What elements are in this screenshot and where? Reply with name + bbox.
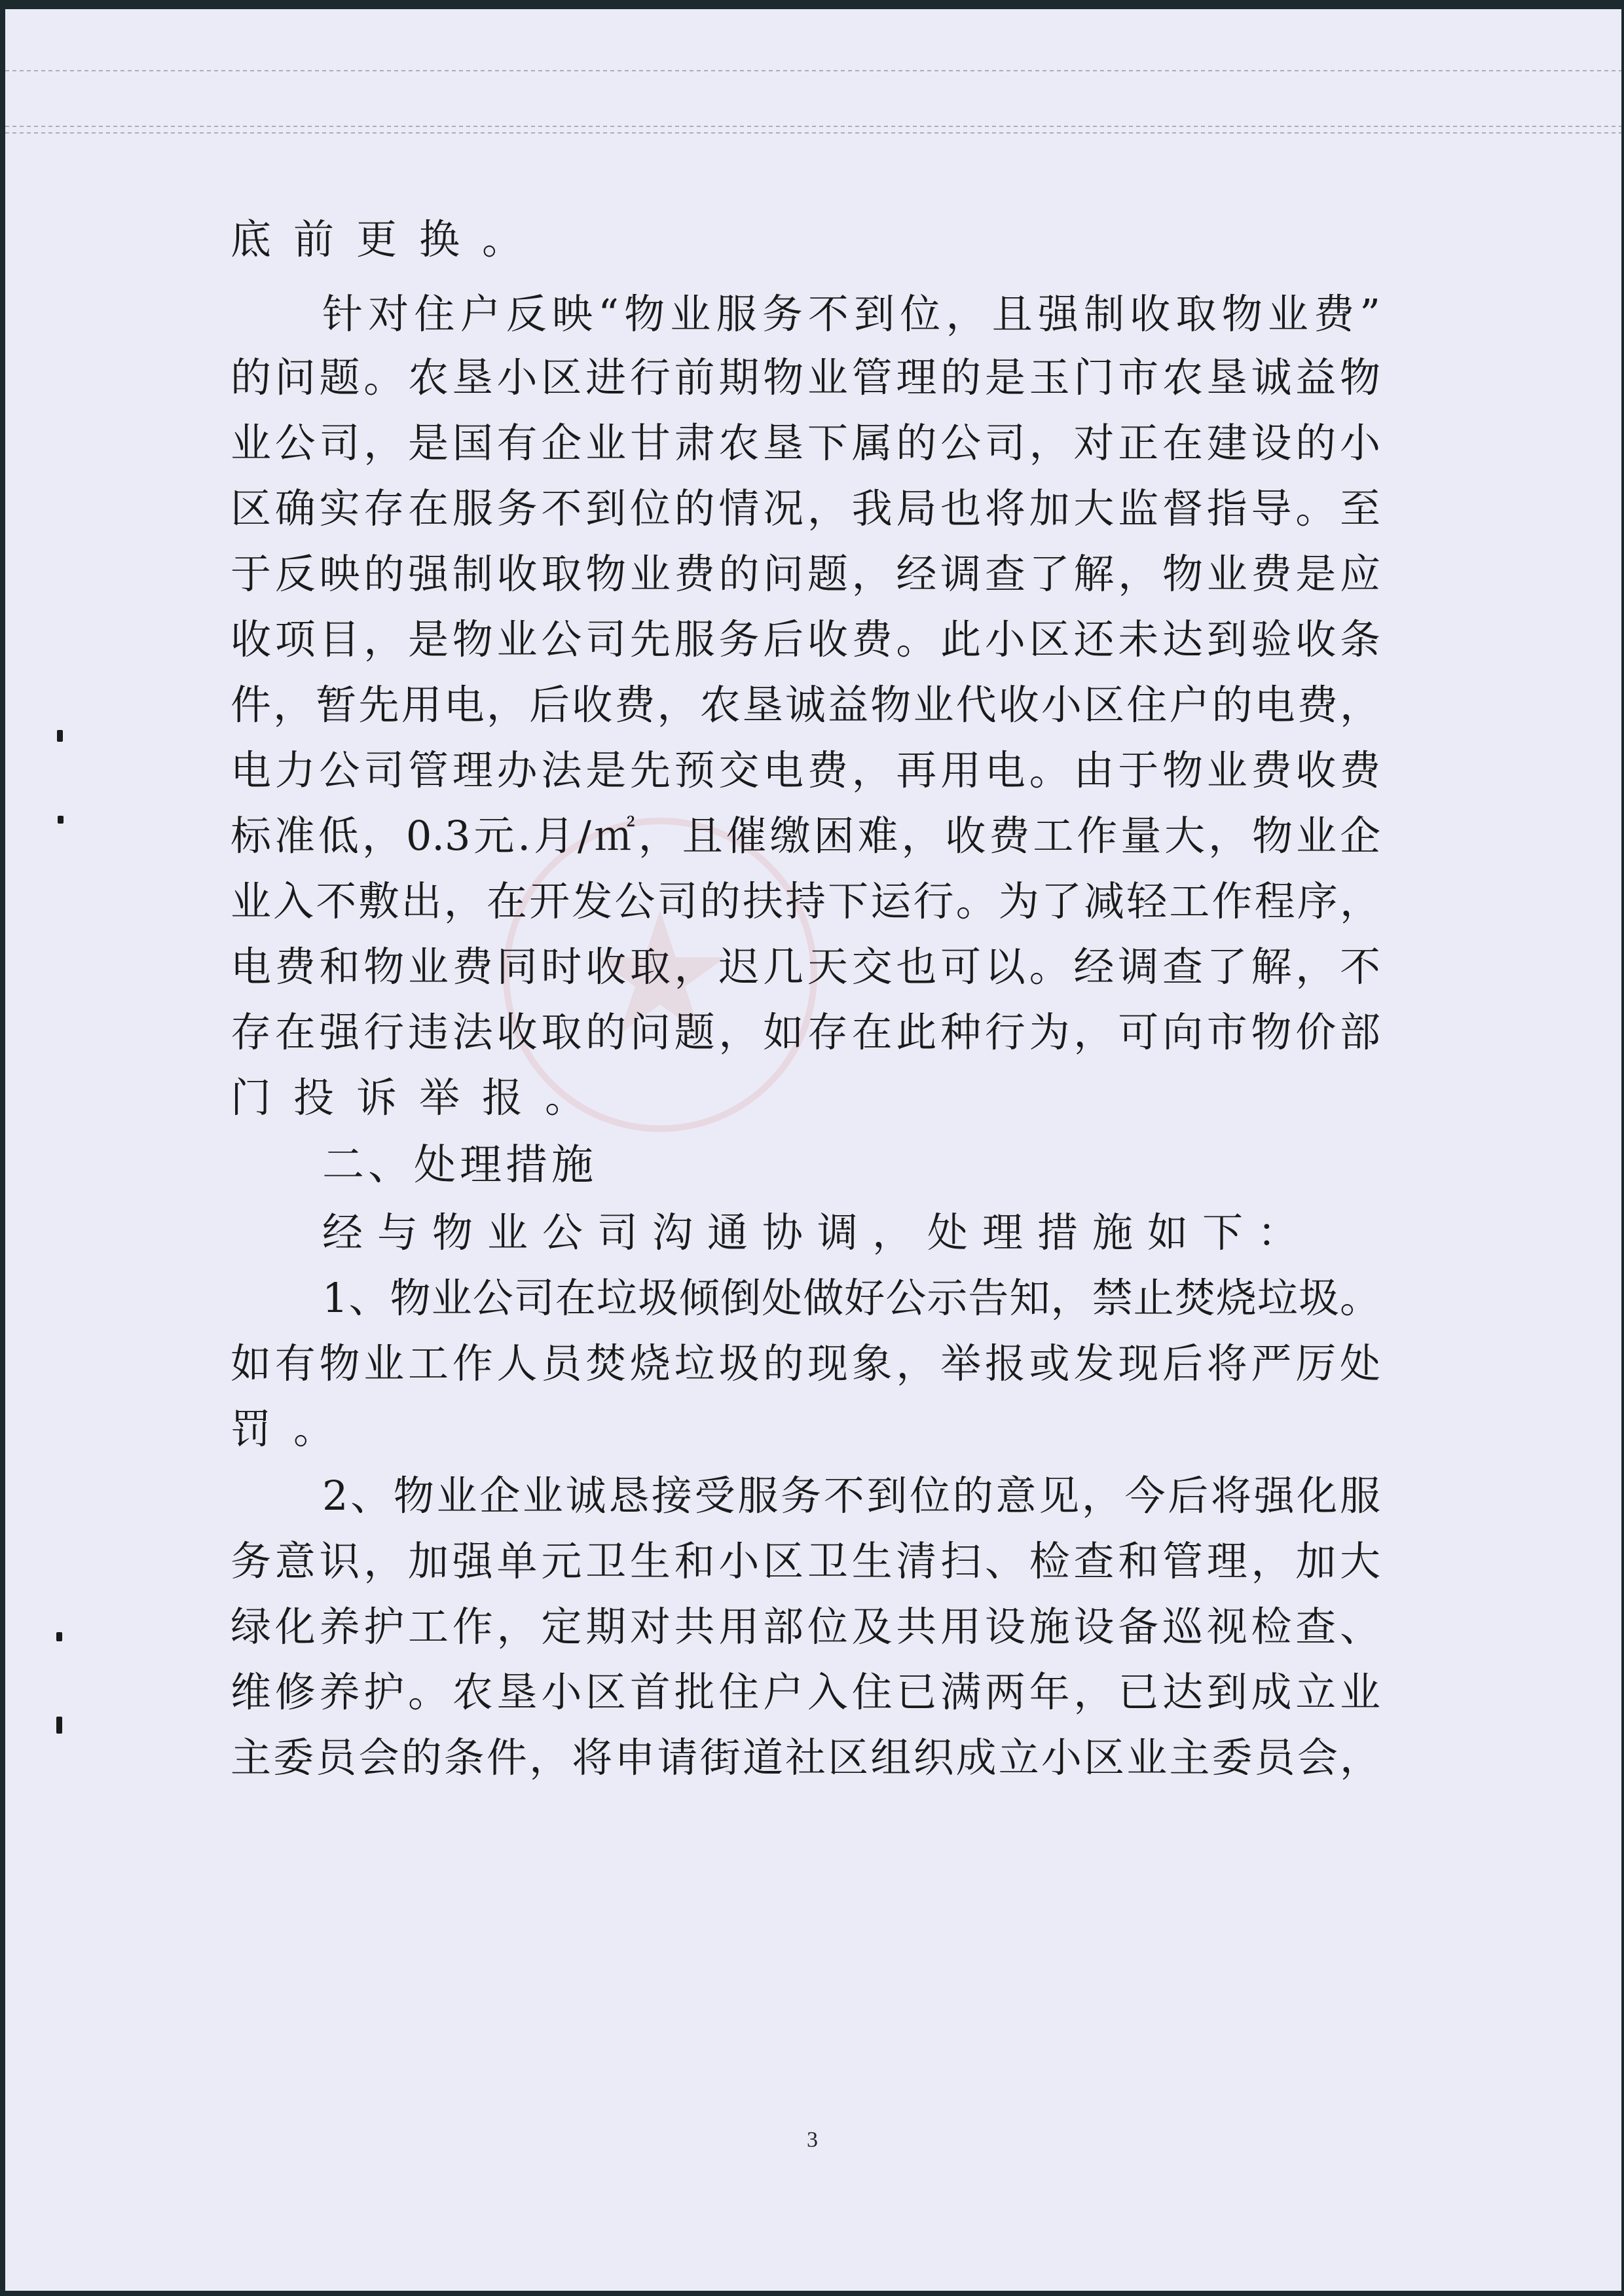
text-line: 标准低，0.3元.月/㎡，且催缴困难，收费工作量大，物业企 — [231, 810, 1380, 862]
binding-hole-mark — [56, 1632, 62, 1641]
text-line: 维修养护。农垦小区首批住户入住已满两年，已达到成立业 — [231, 1666, 1380, 1719]
text-line: 件，暂先用电，后收费，农垦诚益物业代收小区住户的电费， — [231, 679, 1380, 731]
text-line: 于反映的强制收取物业费的问题，经调查了解，物业费是应 — [231, 548, 1380, 600]
text-line: 罚。 — [231, 1403, 1380, 1455]
binding-hole-mark — [57, 730, 63, 742]
scan-artifact-line — [5, 126, 1621, 127]
text-line: 如有物业工作人员焚烧垃圾的现象，举报或发现后将严厉处 — [231, 1338, 1380, 1390]
list-item-1: 1、物业公司在垃圾倾倒处做好公示告知，禁止焚烧垃圾。 — [322, 1272, 1380, 1324]
text-line: 区确实存在服务不到位的情况，我局也将加大监督指导。至 — [231, 483, 1380, 535]
text-line: 的问题。农垦小区进行前期物业管理的是玉门市农垦诚益物 — [231, 352, 1380, 404]
text-line: 经与物业公司沟通协调，处理措施如下： — [322, 1207, 1472, 1259]
text-line: 业公司，是国有企业甘肃农垦下属的公司，对正在建设的小 — [231, 417, 1380, 469]
text-line: 业入不敷出，在开发公司的扶持下运行。为了减轻工作程序， — [231, 875, 1380, 928]
scan-artifact-line — [5, 70, 1621, 71]
list-item-2: 2、物业企业诚恳接受服务不到位的意见，今后将强化服 — [322, 1470, 1380, 1522]
text-line: 绿化养护工作，定期对共用部位及共用设施设备巡视检查、 — [231, 1601, 1380, 1653]
binding-hole-mark — [58, 816, 64, 824]
scan-artifact-line — [5, 132, 1621, 134]
page-number: 3 — [807, 2128, 818, 2153]
text-line: 务意识，加强单元卫生和小区卫生清扫、检查和管理，加大 — [231, 1535, 1380, 1588]
text-line: 主委员会的条件，将申请街道社区组织成立小区业主委员会， — [231, 1732, 1380, 1784]
text-line: 底前更换。 — [231, 213, 1380, 266]
text-line: 电费和物业费同时收取，迟几天交也可以。经调查了解，不 — [231, 941, 1380, 993]
binding-hole-mark — [56, 1717, 62, 1734]
text-line: 存在强行违法收取的问题，如存在此种行为，可向市物价部 — [231, 1006, 1380, 1059]
text-line: 收项目，是物业公司先服务后收费。此小区还未达到验收条 — [231, 613, 1380, 666]
text-line: 门投诉举报。 — [231, 1072, 1380, 1124]
text-line: 针对住户反映“物业服务不到位，且强制收取物业费” — [322, 288, 1380, 340]
section-heading: 二、处理措施 — [322, 1139, 597, 1192]
text-line: 电力公司管理办法是先预交电费，再用电。由于物业费收费 — [231, 744, 1380, 797]
